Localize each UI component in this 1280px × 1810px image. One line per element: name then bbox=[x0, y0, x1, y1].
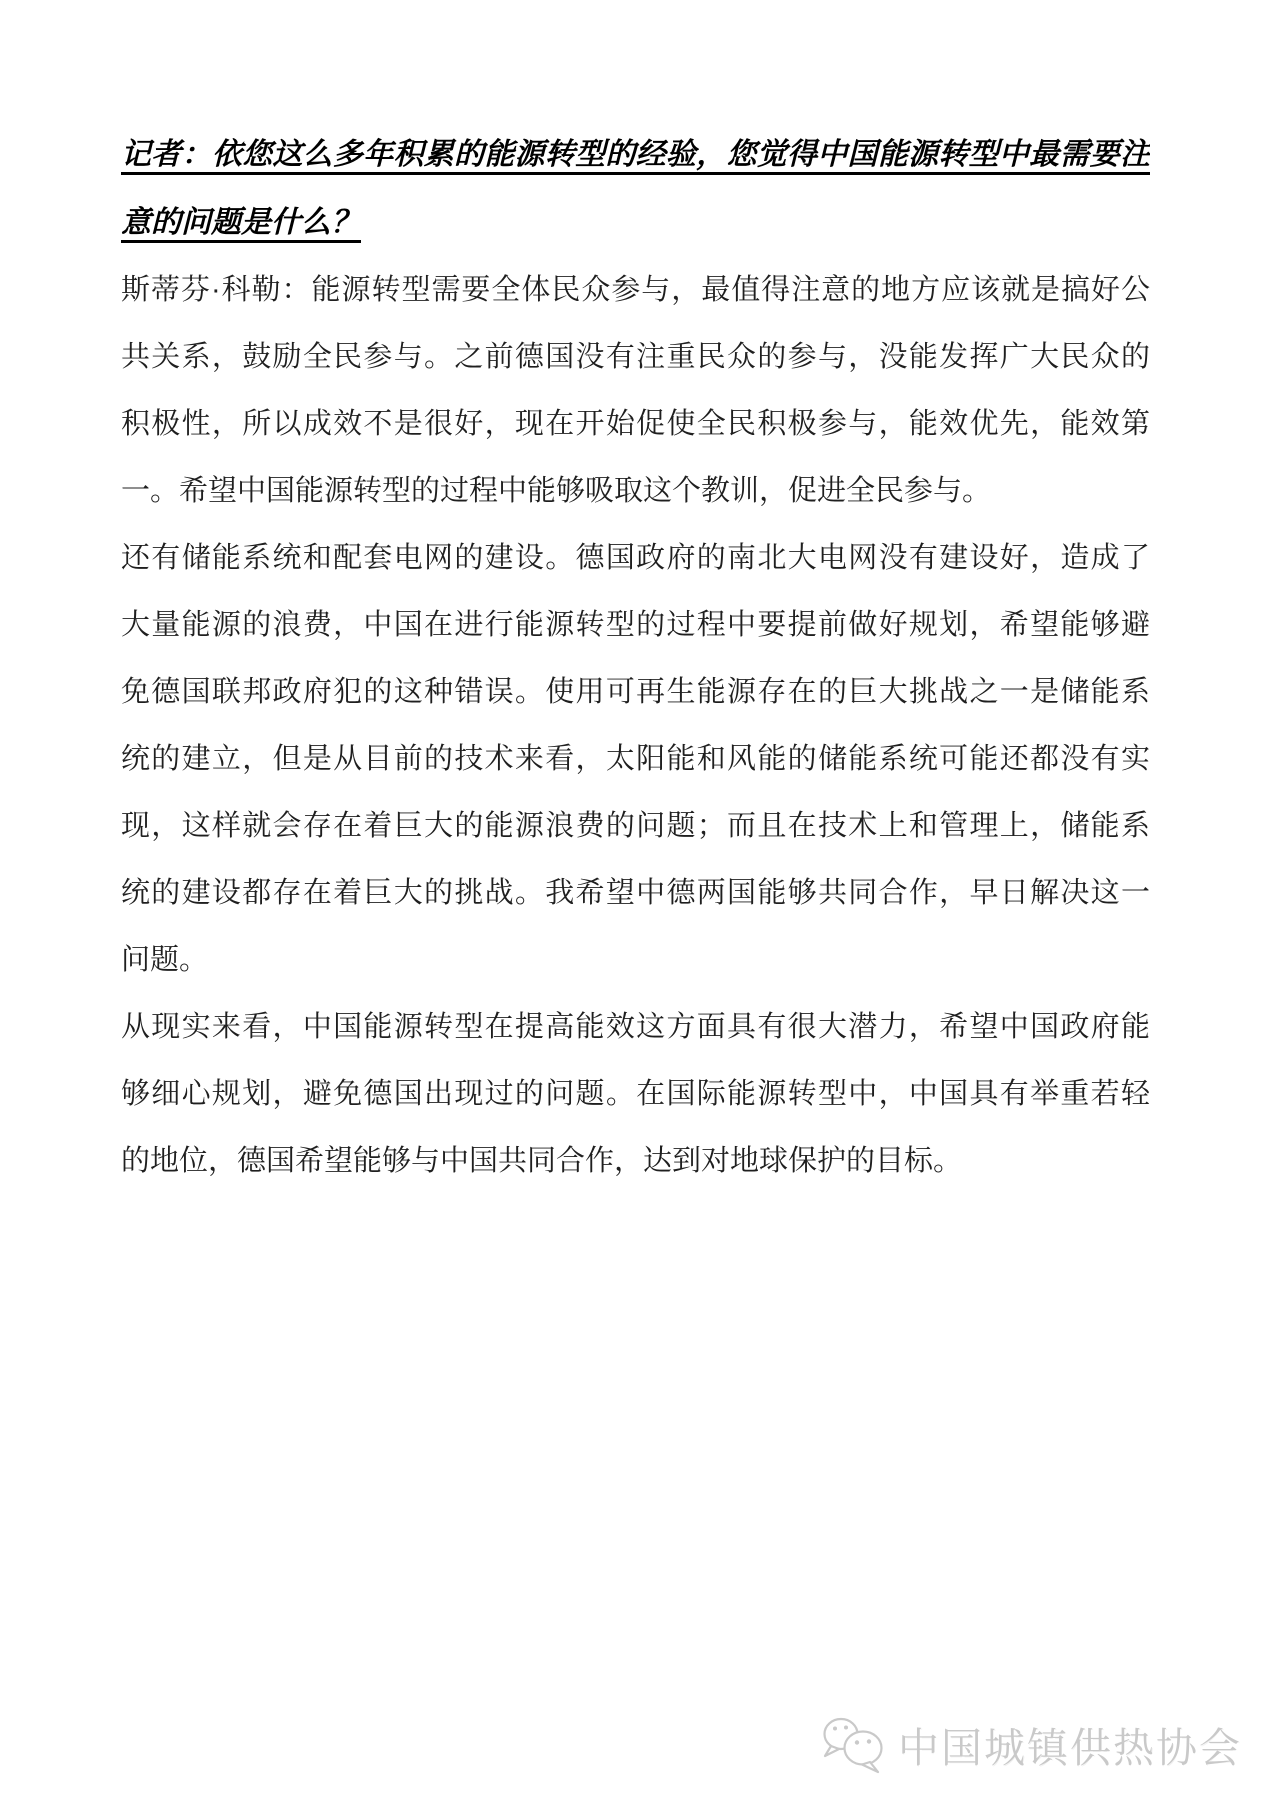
question-line: 记者：依您这么多年积累的能源转型的经验，您觉得中国能源转型中最需要注 bbox=[121, 121, 1150, 189]
answer-line: 统的建设都存在着巨大的挑战。我希望中德两国能够共同合作，早日解决这一 bbox=[121, 860, 1150, 927]
answer-line: 斯蒂芬·科勒：能源转型需要全体民众参与，最值得注意的地方应该就是搞好公 bbox=[121, 257, 1150, 324]
answer-line: 还有储能系统和配套电网的建设。德国政府的南北大电网没有建设好，造成了 bbox=[121, 525, 1150, 592]
watermark: 中国城镇供热协会 bbox=[820, 1714, 1242, 1774]
answer-line: 问题。 bbox=[121, 927, 1150, 994]
answer-line: 大量能源的浪费，中国在进行能源转型的过程中要提前做好规划，希望能够避 bbox=[121, 592, 1150, 659]
answer-line: 够细心规划，避免德国出现过的问题。在国际能源转型中，中国具有举重若轻 bbox=[121, 1061, 1150, 1128]
interview-text: 记者：依您这么多年积累的能源转型的经验，您觉得中国能源转型中最需要注 意的问题是… bbox=[121, 121, 1150, 1195]
answer-line: 一。希望中国能源转型的过程中能够吸取这个教训，促进全民参与。 bbox=[121, 458, 1150, 525]
watermark-text: 中国城镇供热协会 bbox=[898, 1715, 1242, 1774]
wechat-icon bbox=[820, 1714, 888, 1774]
answer-line: 现，这样就会存在着巨大的能源浪费的问题；而且在技术上和管理上，储能系 bbox=[121, 793, 1150, 860]
question-line: 意的问题是什么？ bbox=[121, 189, 1150, 257]
answer-line: 统的建立，但是从目前的技术来看，太阳能和风能的储能系统可能还都没有实 bbox=[121, 726, 1150, 793]
answer-line: 共关系，鼓励全民参与。之前德国没有注重民众的参与，没能发挥广大民众的 bbox=[121, 324, 1150, 391]
answer-line: 的地位，德国希望能够与中国共同合作，达到对地球保护的目标。 bbox=[121, 1128, 1150, 1195]
document-page: 记者：依您这么多年积累的能源转型的经验，您觉得中国能源转型中最需要注 意的问题是… bbox=[0, 0, 1280, 1810]
answer-line: 免德国联邦政府犯的这种错误。使用可再生能源存在的巨大挑战之一是储能系 bbox=[121, 659, 1150, 726]
answer-line: 积极性，所以成效不是很好，现在开始促使全民积极参与，能效优先，能效第 bbox=[121, 391, 1150, 458]
answer-line: 从现实来看，中国能源转型在提高能效这方面具有很大潜力，希望中国政府能 bbox=[121, 994, 1150, 1061]
